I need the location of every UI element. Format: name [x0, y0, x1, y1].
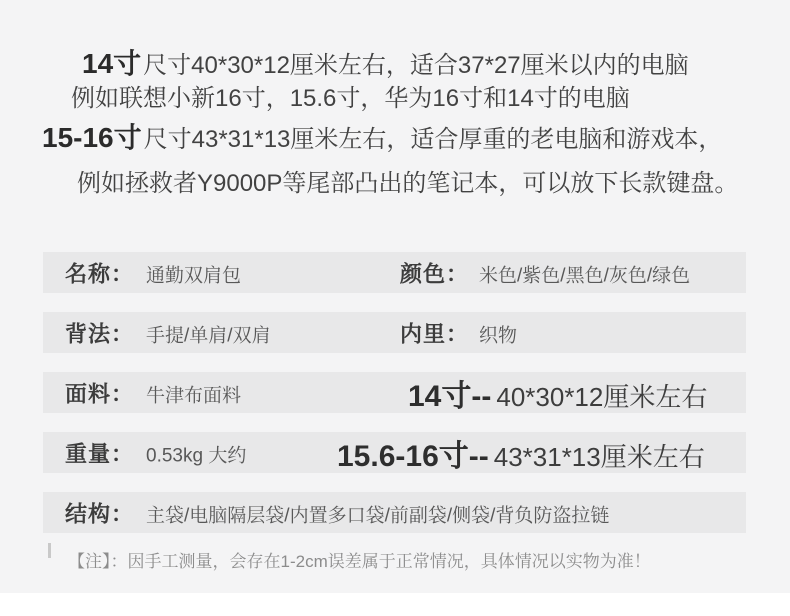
- structure-label: 结构：: [65, 497, 134, 528]
- carry-value: 手提/单肩/双肩: [146, 320, 271, 347]
- fabric-pair: 面料： 牛津布面料: [65, 377, 241, 408]
- name-pair: 名称： 通勤双肩包: [65, 257, 241, 288]
- intro-line-14inch-examples: 例如联想小新16寸，15.6寸，华为16寸和14寸的电脑: [71, 84, 630, 114]
- intro-line-15-16inch-examples: 例如拯救者Y9000P等尾部凸出的笔记本，可以放下长款键盘。: [77, 169, 738, 199]
- color-label: 颜色：: [400, 257, 469, 288]
- fabric-label: 面料：: [65, 377, 134, 408]
- spec-row-carry-lining: 背法： 手提/单肩/双肩 内里： 织物: [43, 312, 746, 353]
- spec-row-weight-size16: 重量： 0.53kg 大约 15.6-16寸-- 43*31*13厘米左右: [43, 432, 746, 473]
- size-14-description: 尺寸40*30*12厘米左右，适合37*27厘米以内的电脑: [143, 52, 689, 79]
- spec-row-structure: 结构： 主袋/电脑隔层袋/内置多口袋/前副袋/侧袋/背负防盗拉链: [43, 492, 746, 533]
- weight-value: 0.53kg 大约: [146, 440, 246, 467]
- structure-pair: 结构： 主袋/电脑隔层袋/内置多口袋/前副袋/侧袋/背负防盗拉链: [65, 497, 609, 528]
- left-tick-mark: [48, 543, 51, 558]
- fabric-value: 牛津布面料: [146, 380, 241, 407]
- size14-dimensions: 14寸-- 40*30*12厘米左右: [408, 371, 707, 415]
- size16-measure: 43*31*13厘米左右: [494, 437, 705, 474]
- spec-row-name-color: 名称： 通勤双肩包 颜色： 米色/紫色/黑色/灰色/绿色: [43, 252, 746, 293]
- carry-label: 背法：: [65, 317, 134, 348]
- size-15-16-highlight: 15-16寸: [42, 122, 142, 153]
- size16-name: 15.6-16寸--: [337, 431, 489, 475]
- weight-label: 重量：: [65, 437, 134, 468]
- carry-pair: 背法： 手提/单肩/双肩: [65, 317, 271, 348]
- intro-line-14inch: 14寸尺寸40*30*12厘米左右，适合37*27厘米以内的电脑: [82, 46, 689, 81]
- color-pair: 颜色： 米色/紫色/黑色/灰色/绿色: [400, 257, 690, 288]
- name-label: 名称：: [65, 257, 134, 288]
- product-spec-page: 14寸尺寸40*30*12厘米左右，适合37*27厘米以内的电脑 例如联想小新1…: [0, 0, 790, 616]
- size-15-16-description: 尺寸43*31*13厘米左右，适合厚重的老电脑和游戏本，: [144, 126, 723, 153]
- name-value: 通勤双肩包: [146, 260, 241, 287]
- lining-value: 织物: [479, 320, 517, 347]
- intro-line-15-16inch: 15-16寸尺寸43*31*13厘米左右，适合厚重的老电脑和游戏本，: [42, 120, 722, 155]
- measurement-note: 【注】：因手工测量，会存在1-2cm误差属于正常情况，具体情况以实物为准！: [68, 547, 651, 572]
- size-14-highlight: 14寸: [82, 48, 141, 79]
- lining-pair: 内里： 织物: [400, 317, 517, 348]
- bottom-white-strip: [0, 593, 790, 616]
- size14-name: 14寸--: [408, 371, 491, 415]
- spec-row-fabric-size14: 面料： 牛津布面料 14寸-- 40*30*12厘米左右: [43, 372, 746, 413]
- structure-value: 主袋/电脑隔层袋/内置多口袋/前副袋/侧袋/背负防盗拉链: [146, 500, 609, 527]
- size14-measure: 40*30*12厘米左右: [496, 377, 707, 414]
- size16-dimensions: 15.6-16寸-- 43*31*13厘米左右: [337, 431, 705, 475]
- lining-label: 内里：: [400, 317, 469, 348]
- weight-pair: 重量： 0.53kg 大约: [65, 437, 246, 468]
- color-value: 米色/紫色/黑色/灰色/绿色: [479, 260, 690, 287]
